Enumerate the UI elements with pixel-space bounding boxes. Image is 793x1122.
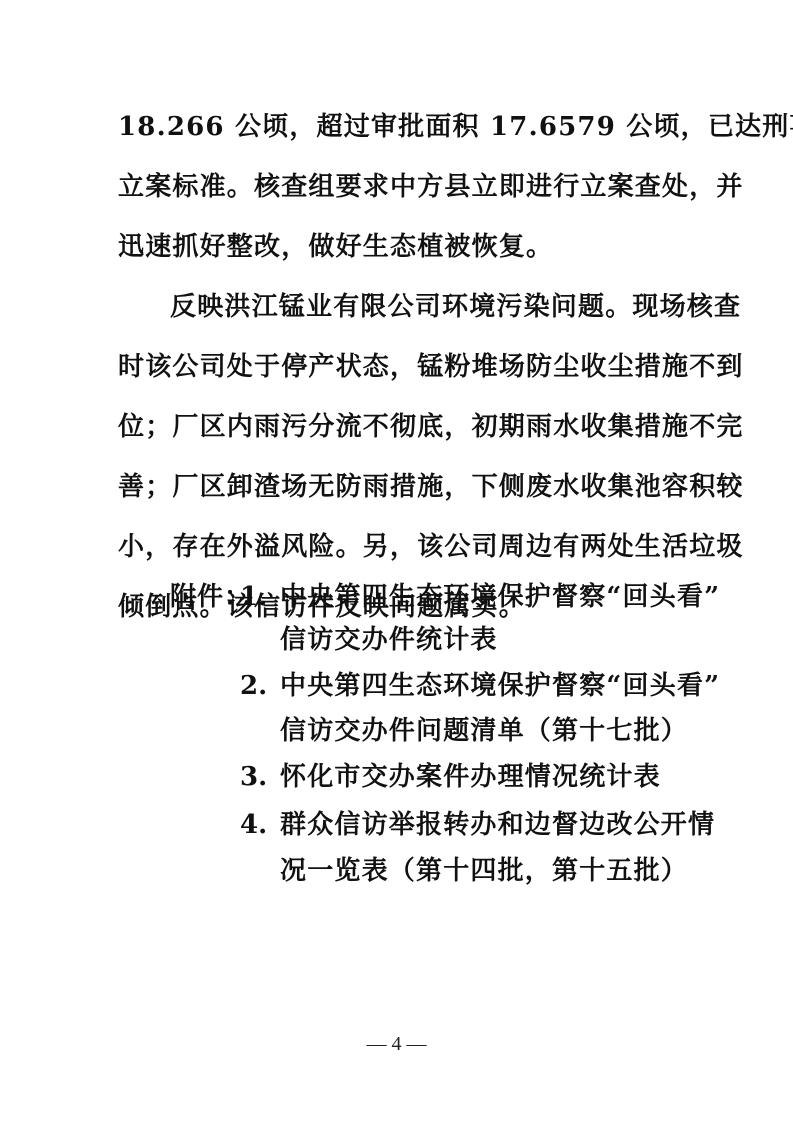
attachment-title-line: 怀化市交办案件办理情况统计表 (280, 762, 661, 792)
body-line: 善；厂区卸渣场无防雨措施，下侧废水收集池容积较 (118, 472, 678, 502)
attachment-title-line: 信访交办件统计表 (280, 625, 498, 655)
attachment-title-line: 况一览表（第十四批，第十五批） (280, 856, 688, 886)
body-line: 18.266 公顷，超过审批面积 17.6579 公顷，已达刑事 (118, 112, 678, 142)
body-line: 位；厂区内雨污分流不彻底，初期雨水收集措施不完 (118, 412, 678, 442)
document-page: 18.266 公顷，超过审批面积 17.6579 公顷，已达刑事 立案标准。核查… (0, 0, 793, 1122)
attachment-title-line: 中央第四生态环境保护督察“回头看” (280, 671, 720, 701)
body-line: 小，存在外溢风险。另，该公司周边有两处生活垃圾 (118, 532, 678, 562)
attachment-title-line: 群众信访举报转办和边督边改公开情 (280, 810, 715, 840)
attachment-title-line: 信访交办件问题清单（第十七批） (280, 716, 688, 746)
page-number: — 4 — (0, 1032, 793, 1056)
body-line: 立案标准。核查组要求中方县立即进行立案查处，并 (118, 172, 678, 202)
attachment-number: 1. (240, 582, 267, 612)
attachment-number: 4. (240, 810, 267, 840)
attachment-number: 2. (240, 671, 267, 701)
body-line: 反映洪江锰业有限公司环境污染问题。现场核查 (170, 292, 730, 322)
attachment-title-line: 中央第四生态环境保护督察“回头看” (280, 582, 720, 612)
body-line: 迅速抓好整改，做好生态植被恢复。 (118, 232, 678, 262)
attachment-number: 3. (240, 762, 267, 792)
body-line: 时该公司处于停产状态，锰粉堆场防尘收尘措施不到 (118, 352, 678, 382)
attachments-label: 附件： (170, 582, 251, 612)
